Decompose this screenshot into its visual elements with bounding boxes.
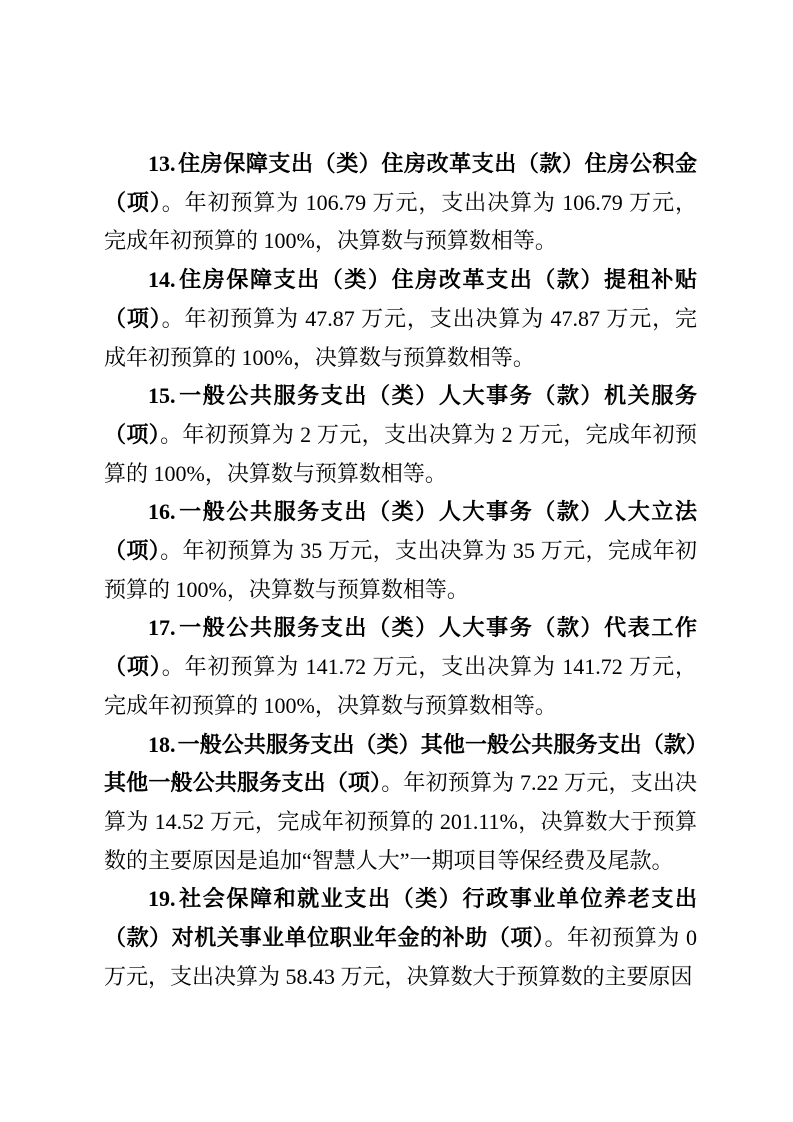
item-number: 14. — [148, 267, 176, 292]
item-number: 19. — [148, 886, 176, 911]
budget-item-paragraph: 14.住房保障支出（类）住房改革支出（款）提租补贴（项）。年初预算为 47.87… — [104, 261, 697, 377]
item-narrative: 。年初预算为 47.87 万元，支出决算为 47.87 万元，完成年初预算的 1… — [104, 306, 697, 370]
budget-item-paragraph: 18.一般公共服务支出（类）其他一般公共服务支出（款）其他一般公共服务支出（项）… — [104, 726, 697, 881]
item-number: 15. — [148, 383, 176, 408]
item-number: 18. — [148, 732, 176, 757]
budget-item-paragraph: 13.住房保障支出（类）住房改革支出（款）住房公积金（项）。年初预算为 106.… — [104, 145, 697, 261]
budget-item-paragraph: 15.一般公共服务支出（类）人大事务（款）机关服务（项）。年初预算为 2 万元，… — [104, 377, 697, 493]
item-number: 13. — [148, 151, 176, 176]
document-page: 13.住房保障支出（类）住房改革支出（款）住房公积金（项）。年初预算为 106.… — [0, 0, 793, 1122]
item-narrative: 。年初预算为 106.79 万元，支出决算为 106.79 万元，完成年初预算的… — [104, 190, 697, 254]
item-narrative: 。年初预算为 35 万元，支出决算为 35 万元，完成年初预算的 100%，决算… — [104, 538, 697, 602]
item-number: 17. — [148, 615, 176, 640]
item-narrative: 。年初预算为 2 万元，支出决算为 2 万元，完成年初预算的 100%，决算数与… — [104, 422, 697, 486]
budget-report-text: 13.住房保障支出（类）住房改革支出（款）住房公积金（项）。年初预算为 106.… — [0, 0, 793, 996]
item-narrative: 。年初预算为 141.72 万元，支出决算为 141.72 万元，完成年初预算的… — [104, 654, 697, 718]
budget-item-paragraph: 17.一般公共服务支出（类）人大事务（款）代表工作（项）。年初预算为 141.7… — [104, 609, 697, 725]
item-number: 16. — [148, 499, 176, 524]
budget-item-paragraph: 19.社会保障和就业支出（类）行政事业单位养老支出（款）对机关事业单位职业年金的… — [104, 880, 697, 996]
budget-item-paragraph: 16.一般公共服务支出（类）人大事务（款）人大立法（项）。年初预算为 35 万元… — [104, 493, 697, 609]
